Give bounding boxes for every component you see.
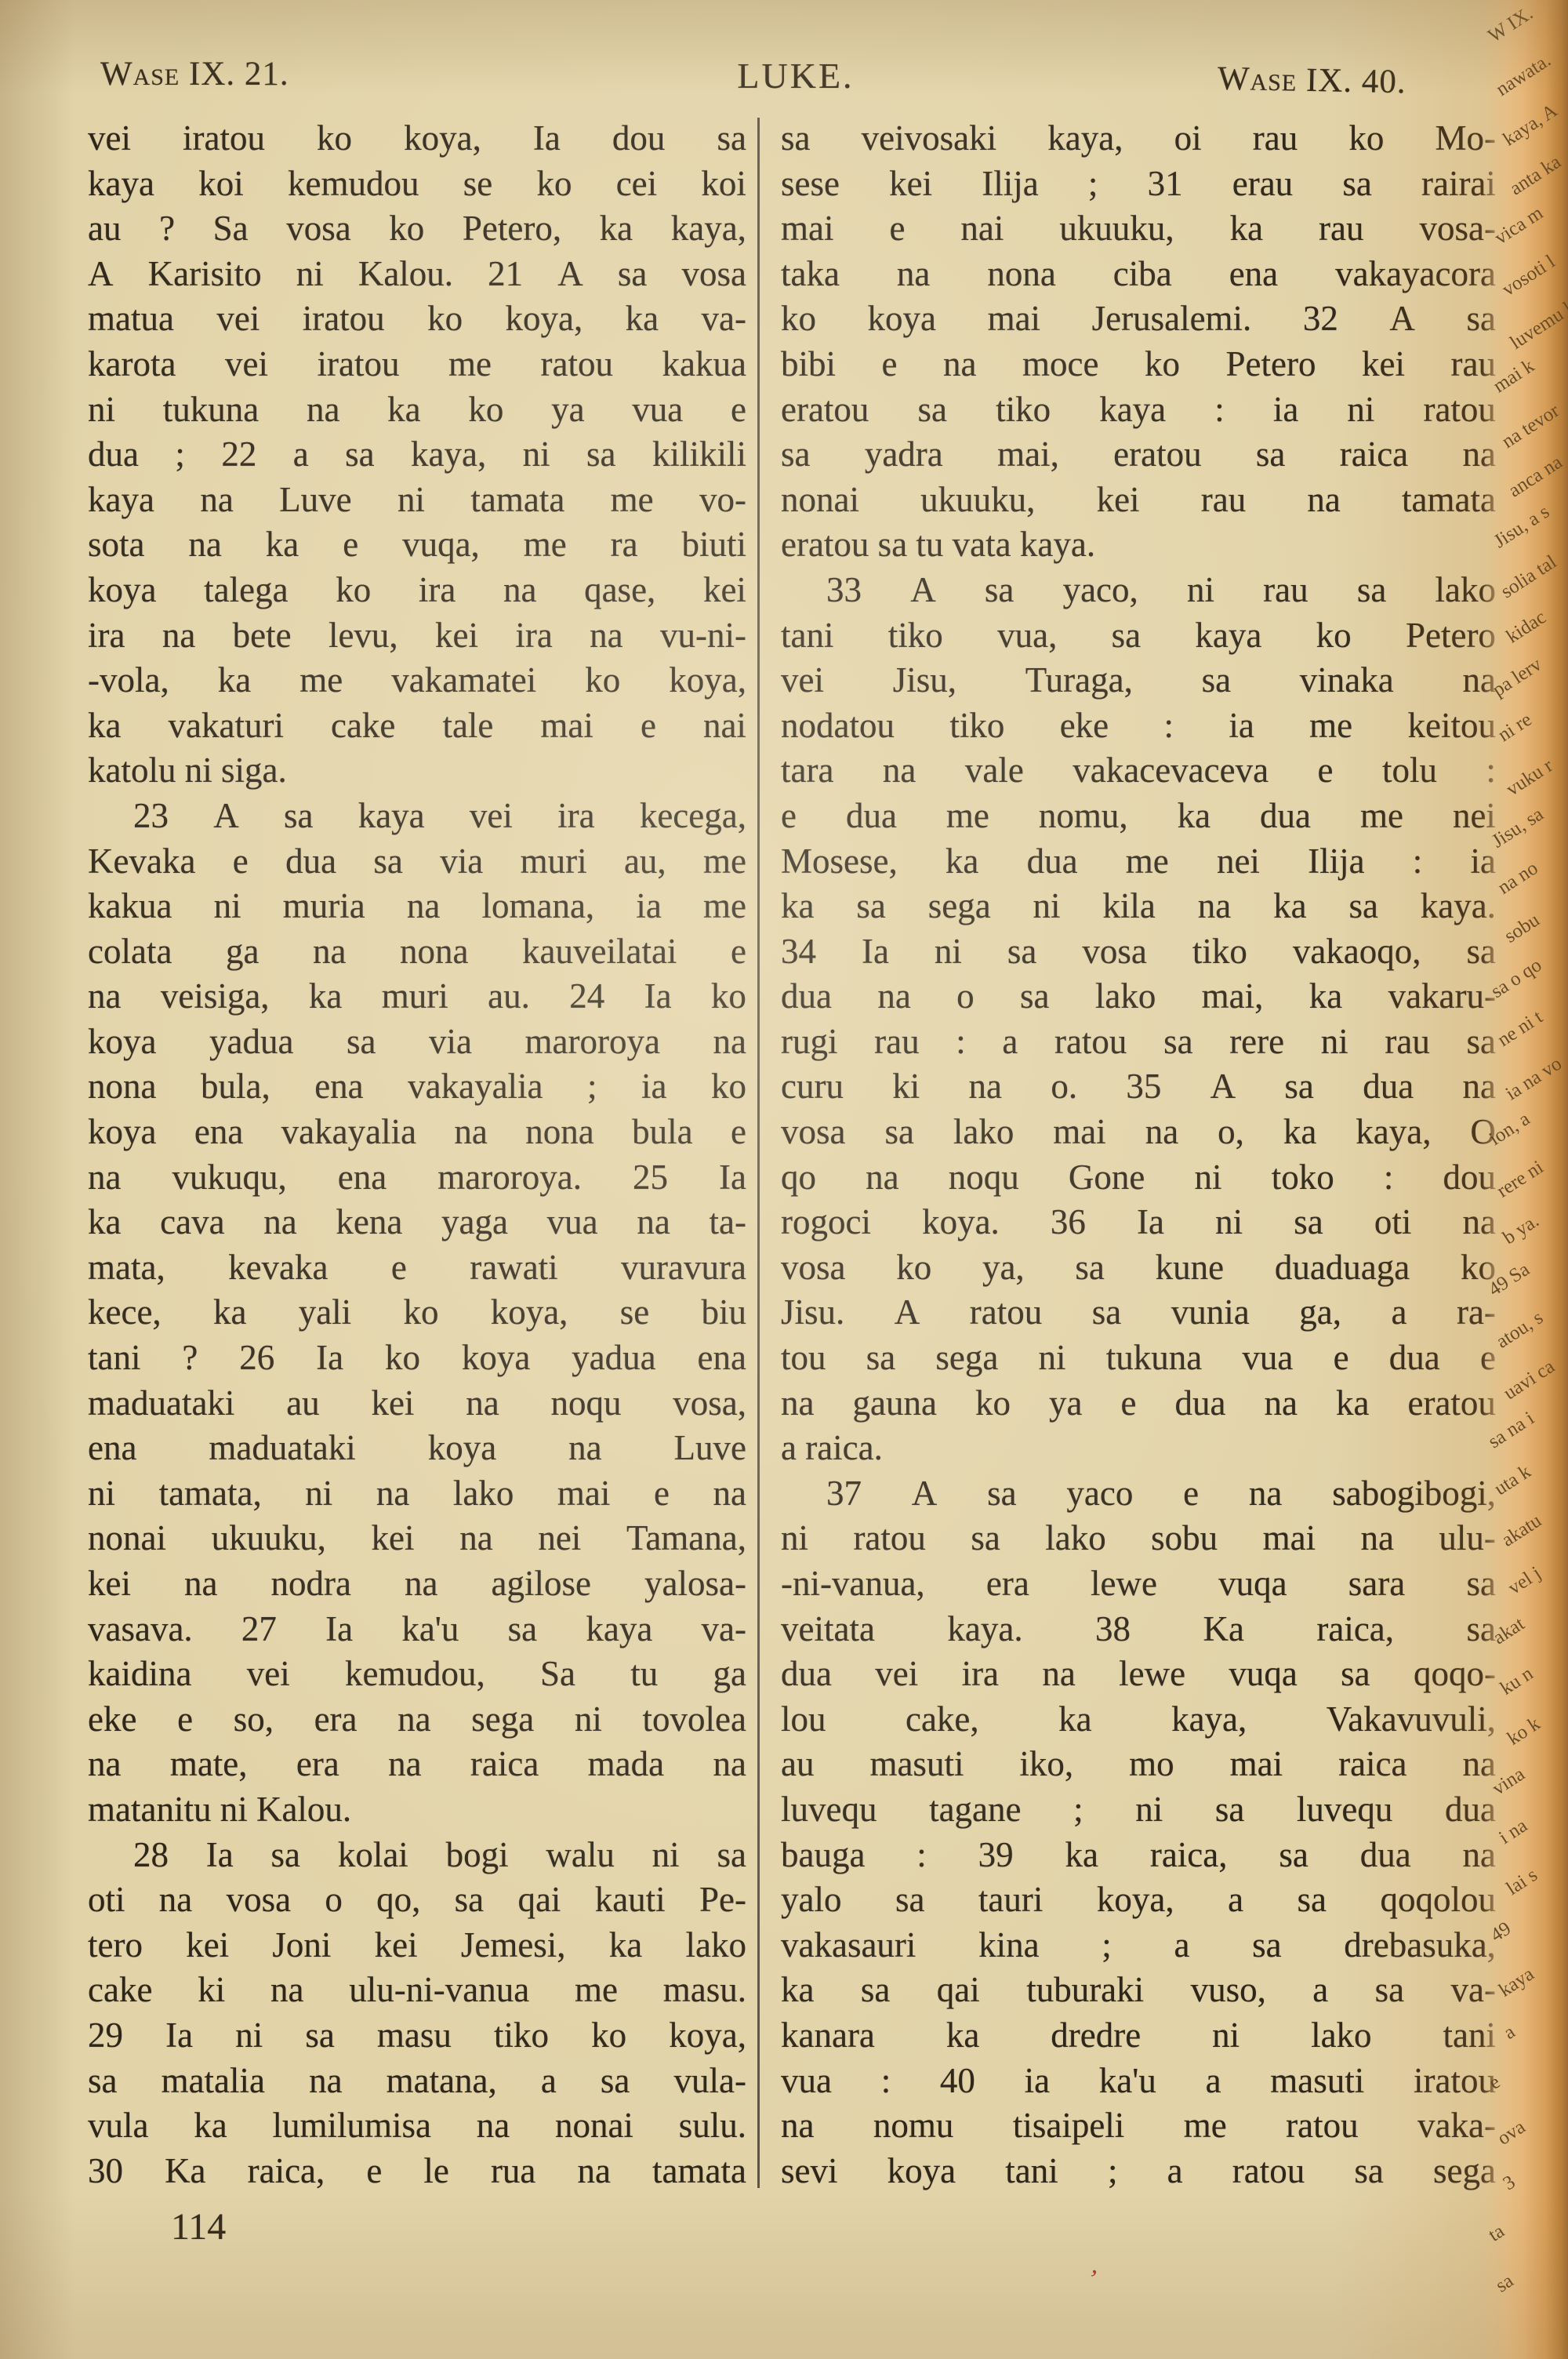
text-line: yalosataurikoya,asaqoqolou: [781, 1877, 1496, 1923]
edge-text-fragment: vosoti l: [1498, 251, 1559, 301]
edge-text-fragment: akat: [1490, 1613, 1529, 1649]
text-line: 23Asakayaveiirakecega,: [88, 794, 746, 839]
edge-text-fragment: vica m: [1491, 202, 1548, 249]
text-line: veiJisu,Turaga,savinakana: [781, 658, 1496, 703]
edge-text-fragment: 49 Sa: [1485, 1259, 1534, 1301]
edge-text-fragment: luvemu l: [1506, 298, 1568, 354]
edge-text-fragment: nawata.: [1493, 49, 1555, 100]
edge-text-fragment: anta ka: [1506, 151, 1565, 200]
text-line: cakekinaulu-ni-vanuamemasu.: [88, 1968, 746, 2013]
edge-text-fragment: ku n: [1497, 1663, 1537, 1699]
text-line: vasava.27Iaka'usakayava-: [88, 1607, 746, 1652]
text-line: nagaunakoyaeduanakaeratou: [781, 1381, 1496, 1427]
next-page-edge-strip: W IX.nawata.kaya, Aanta kavica mvosoti l…: [1482, 0, 1568, 2359]
text-line: 33Asayaco,nirausalako: [781, 568, 1496, 613]
text-line: colatagananonakauveilataie: [88, 929, 746, 975]
text-line: matuaveiiratoukokoya,kava-: [88, 296, 746, 342]
text-column-left: veiiratoukokoya,Iadousakayakoikemudousek…: [88, 116, 746, 2194]
text-line: koyaenavakayaliananonabulae: [88, 1110, 746, 1155]
edge-text-fragment: lai s: [1503, 1864, 1542, 1900]
text-line: samatalianamatana,asavula-: [88, 2059, 746, 2104]
edge-text-fragment: pa lerv: [1489, 654, 1546, 702]
text-line: mata,kevakaerawativuravura: [88, 1245, 746, 1291]
text-line: curukinao.35Asaduana: [781, 1064, 1496, 1110]
text-line: bauga:39karaica,saduana: [781, 1833, 1496, 1878]
text-line: luvequtagane;nisaluvequdua: [781, 1787, 1496, 1833]
text-line: au?SavosakoPetero,kakaya,: [88, 206, 746, 252]
text-line: bibienamocekoPeterokeirau: [781, 342, 1496, 387]
text-line: takananonacibaenavakayacora: [781, 252, 1496, 297]
text-line: 28Iasakolaibogiwalunisa: [88, 1833, 746, 1878]
book-page: Wase IX. 21. LUKE. Wase IX. 40. veiirato…: [0, 0, 1568, 2359]
edge-text-fragment: 3: [1499, 2172, 1519, 2195]
text-line: taranavalevakacevacevaetolu:: [781, 748, 1496, 794]
text-line: koyayaduasaviamaroroyana: [88, 1020, 746, 1065]
text-line: duaveiiranalewevuqasaqoqo-: [781, 1652, 1496, 1697]
text-line: kakuanimurianalomana,iame: [88, 884, 746, 929]
edge-text-fragment: anca na: [1504, 452, 1566, 503]
edge-text-fragment: akatu: [1498, 1510, 1546, 1552]
text-line: 29Ianisamasutikokokoya,: [88, 2013, 746, 2059]
edge-text-fragment: W IX.: [1484, 2, 1537, 47]
book-title: LUKE.: [710, 55, 882, 96]
text-line: kanarakadredrenilakotani: [781, 2013, 1496, 2059]
edge-text-fragment: rere ni: [1494, 1157, 1548, 1203]
edge-text-fragment: a: [1500, 2021, 1519, 2045]
text-line: tousaseganitukunavuaeduae: [781, 1336, 1496, 1381]
text-line: veitatakaya.38Karaica,sa: [781, 1607, 1496, 1652]
text-line: kayakoikemudousekoceikoi: [88, 162, 746, 207]
text-line: keinanodranaagiloseyalosa-: [88, 1561, 746, 1607]
text-line: 37Asayacoenasabogibogi,: [781, 1471, 1496, 1517]
text-line: terokeiJonikeiJemesi,kalako: [88, 1923, 746, 1968]
text-column-right: saveivosakikaya,oiraukoMo-sesekeiIlija;3…: [781, 116, 1496, 2194]
text-line: Mosese,kaduameneiIlija:ia: [781, 839, 1496, 885]
edge-text-fragment: uta k: [1490, 1461, 1535, 1500]
text-line: loucake,kakaya,Vakavuvuli,: [781, 1697, 1496, 1743]
text-line: nonaiukuuku,keiraunatamata: [781, 478, 1496, 523]
edge-text-fragment: e: [1485, 2071, 1504, 2095]
edge-text-fragment: vuku r: [1503, 755, 1557, 801]
edge-text-fragment: ova: [1494, 2116, 1530, 2150]
edge-text-fragment: ne ni t: [1494, 1006, 1547, 1052]
text-line: maduatakiaukeinanoquvosa,: [88, 1381, 746, 1427]
edge-text-fragment: vina: [1489, 1764, 1529, 1801]
text-line: niratousalakosobumainaulu-: [781, 1516, 1496, 1561]
edge-text-fragment: sa: [1492, 2270, 1518, 2298]
text-line: 30Karaica,eleruanatamata: [88, 2149, 746, 2194]
header-left-reference: Wase IX. 21.: [100, 55, 289, 93]
text-line: nitukunanakakoyavuae: [88, 387, 746, 433]
header-right-reference: Wase IX. 40.: [1218, 60, 1407, 102]
text-line: eduamenomu,kaduamenei: [781, 794, 1496, 839]
text-line: namate,eranaraicamadana: [88, 1742, 746, 1787]
text-line: Jisu.Aratousavuniaga,ara-: [781, 1290, 1496, 1336]
text-line: nanomutisaipelimeratouvaka-: [781, 2103, 1496, 2149]
page-number: 114: [171, 2205, 226, 2248]
text-line: katolu ni siga.: [88, 748, 746, 794]
edge-text-fragment: sa o qo: [1487, 954, 1546, 1003]
edge-text-fragment: uavi ca: [1500, 1356, 1559, 1405]
text-line: vulakalumilumisananonaisulu.: [88, 2103, 746, 2149]
edge-text-fragment: 49: [1486, 1917, 1515, 1946]
text-line: koyatalegakoiranaqase,kei: [88, 568, 746, 613]
text-line: dua;22asakaya,nisakilikili: [88, 432, 746, 478]
edge-text-fragment: na tevor: [1498, 400, 1563, 453]
edge-text-fragment: ia na vo: [1502, 1053, 1566, 1106]
edge-text-fragment: ion, a: [1486, 1108, 1534, 1150]
text-line: vosakoya,sakuneduaduagako: [781, 1245, 1496, 1291]
text-line: navukuqu,enamaroroya.25Ia: [88, 1155, 746, 1201]
text-line: karotaveiiratoumeratoukakua: [88, 342, 746, 387]
text-line: Kevakaeduasaviamuriau,me: [88, 839, 746, 885]
edge-text-fragment: b ya.: [1499, 1210, 1543, 1249]
edge-text-fragment: Jisu, sa: [1488, 804, 1548, 853]
text-line: AKarisitoniKalou.21Asavosa: [88, 252, 746, 297]
text-line: kasaseganikilanakasakaya.: [781, 884, 1496, 929]
edge-text-fragment: kidac: [1503, 607, 1551, 649]
text-line: 34Ianisavosatikovakaoqo,sa: [781, 929, 1496, 975]
edge-text-fragment: Jisu, a s: [1490, 501, 1554, 553]
text-line: vua:40iaka'uamasutiiratou: [781, 2059, 1496, 2104]
edge-text-fragment: ko k: [1504, 1713, 1544, 1750]
text-line: nonaiukuuku,keinaneiTamana,: [88, 1516, 746, 1561]
text-line: nonabula,enavakayalia;iako: [88, 1064, 746, 1110]
text-line: nitamata,ninalakomaiena: [88, 1471, 746, 1517]
text-line: -vola,kamevakamateikokoya,: [88, 658, 746, 703]
text-line: enamaduatakikoyanaLuve: [88, 1426, 746, 1471]
edge-text-fragment: vel j: [1504, 1562, 1545, 1599]
text-line: eratou sa tu vata kaya.: [781, 522, 1496, 568]
text-line: kayanaLuvenitamatamevo-: [88, 478, 746, 523]
edge-text-fragment: atou, s: [1493, 1307, 1548, 1353]
edge-text-fragment: sobu: [1501, 909, 1544, 947]
text-line: matanitu ni Kalou.: [88, 1787, 746, 1833]
text-line: kacavanakenayagavuanata-: [88, 1200, 746, 1245]
text-line: saveivosakikaya,oiraukoMo-: [781, 116, 1496, 162]
edge-text-fragment: mai k: [1490, 355, 1538, 398]
text-line: sayadramai,eratousaraicana: [781, 432, 1496, 478]
text-line: sevikoyatani;aratousasega: [781, 2149, 1496, 2194]
text-line: rogocikoya.36Ianisaotina: [781, 1200, 1496, 1245]
edge-text-fragment: i na: [1495, 1815, 1531, 1849]
text-line: vakasaurikina;asadrebasuka,: [781, 1923, 1496, 1968]
text-line: aumasutiiko,momairaicana: [781, 1742, 1496, 1787]
text-line: kasaqaituburakivuso,asava-: [781, 1968, 1496, 2013]
text-line: vosasalakomainao,kakaya,O: [781, 1110, 1496, 1155]
text-line: sotanakaevuqa,merabiuti: [88, 522, 746, 568]
edge-text-fragment: ta: [1485, 2220, 1508, 2246]
text-line: rugirau:aratousarerenirausa: [781, 1020, 1496, 1065]
edge-text-fragment: kaya, A: [1500, 100, 1562, 151]
text-line: kokoyamaiJerusalemi.32Asa: [781, 296, 1496, 342]
edge-text-fragment: sa na i: [1485, 1408, 1539, 1453]
text-line: eratousatikokaya:ianiratou: [781, 387, 1496, 433]
text-line: sesekeiIlija;31erausarairai: [781, 162, 1496, 207]
edge-text-fragment: solia tal: [1497, 551, 1561, 603]
edge-text-fragment: na no: [1494, 857, 1542, 899]
text-line: nodatoutikoeke:iamekeitou: [781, 703, 1496, 749]
text-line: naveisiga,kamuriau.24Iako: [88, 974, 746, 1020]
edge-text-fragment: kaya: [1495, 1963, 1538, 2001]
text-line: kaidinaveikemudou,Satuga: [88, 1652, 746, 1697]
text-line: veiiratoukokoya,Iadousa: [88, 116, 746, 162]
text-line: qonanoquGonenitoko:dou: [781, 1155, 1496, 1201]
edge-text-fragment: ni re: [1494, 709, 1536, 747]
text-line: tani?26Iakokoyayaduaena: [88, 1336, 746, 1381]
text-line: kece,kayalikokoya,sebiu: [88, 1290, 746, 1336]
text-line: kavakaturicaketalemaienai: [88, 703, 746, 749]
text-line: duanaosalakomai,kavakaru-: [781, 974, 1496, 1020]
red-ink-mark: ʼ: [1085, 2264, 1100, 2295]
text-line: maienaiukuuku,karauvosa-: [781, 206, 1496, 252]
column-divider-rule: [757, 118, 760, 2188]
text-line: ekeeso,eranaseganitovolea: [88, 1697, 746, 1743]
text-line: otinavosaoqo,saqaikautiPe-: [88, 1877, 746, 1923]
text-line: iranabetelevu,keiiranavu-ni-: [88, 613, 746, 659]
text-line: a raica.: [781, 1426, 1496, 1471]
text-line: tanitikovua,sakayakoPetero: [781, 613, 1496, 659]
text-line: -ni-vanua,eralewevuqasarasa: [781, 1561, 1496, 1607]
